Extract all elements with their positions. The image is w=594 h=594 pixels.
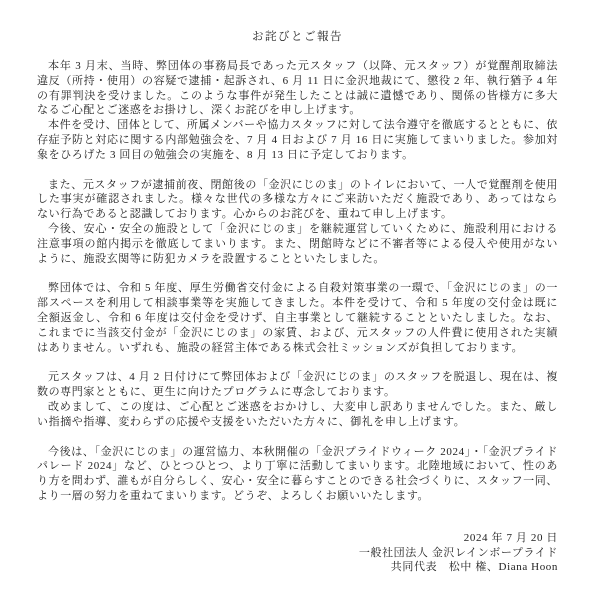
paragraph-facility-drug-use: また、元スタッフが逮捕前夜、閉館後の「金沢にじのま」のトイレにおいて、一人で覚醒… xyxy=(37,178,558,222)
paragraph-former-staff-withdrawal: 元スタッフは、4 月 2 日付けにて弊団体および「金沢にじのま」のスタッフを脱退… xyxy=(37,370,558,400)
paragraph-safety-measures: 今後、安心・安全の施設として「金沢にじのま」を継続運営していくために、施設利用に… xyxy=(37,222,558,266)
document-title: お詫びとご報告 xyxy=(37,30,558,45)
subsidy-block: 弊団体では、令和 5 年度、厚生労働省交付金による自殺対策事業の一環で、「金沢に… xyxy=(37,281,558,355)
incident-report-block: 本年 3 月末、当時、弊団体の事務局長であった元スタッフ（以降、元スタッフ）が覚… xyxy=(37,59,558,163)
apology-letter: お詫びとご報告 本年 3 月末、当時、弊団体の事務局長であった元スタッフ（以降、… xyxy=(0,0,594,594)
facility-incident-block: また、元スタッフが逮捕前夜、閉館後の「金沢にじのま」のトイレにおいて、一人で覚醒… xyxy=(37,178,558,267)
paragraph-future-activities: 今後は、「金沢にじのま」の運営協力、本秋開催の「金沢プライドウィーク 2024」… xyxy=(37,445,558,504)
former-staff-status-block: 元スタッフは、4 月 2 日付けにて弊団体および「金沢にじのま」のスタッフを脱退… xyxy=(37,370,558,429)
signature-representatives: 共同代表 松中 権、Diana Hoon xyxy=(37,560,558,575)
paragraph-compliance-study-sessions: 本件を受け、団体として、所属メンバーや協力スタッフに対して法令遵守を徹底するとと… xyxy=(37,118,558,162)
signature-date: 2024 年 7 月 20 日 xyxy=(37,531,558,546)
signature-block: 2024 年 7 月 20 日 一般社団法人 金沢レインボープライド 共同代表 … xyxy=(37,531,558,575)
paragraph-arrest-and-conviction: 本年 3 月末、当時、弊団体の事務局長であった元スタッフ（以降、元スタッフ）が覚… xyxy=(37,59,558,118)
future-activities-block: 今後は、「金沢にじのま」の運営協力、本秋開催の「金沢プライドウィーク 2024」… xyxy=(37,445,558,504)
paragraph-subsidy-refund: 弊団体では、令和 5 年度、厚生労働省交付金による自殺対策事業の一環で、「金沢に… xyxy=(37,281,558,355)
document-page: { "document": { "title": "お詫びとご報告", "dat… xyxy=(0,0,594,594)
paragraph-renewed-apology: 改めまして、この度は、ご心配とご迷惑をおかけし、大変申し訳ありませんでした。また… xyxy=(37,400,558,430)
signature-organization: 一般社団法人 金沢レインボープライド xyxy=(37,546,558,561)
